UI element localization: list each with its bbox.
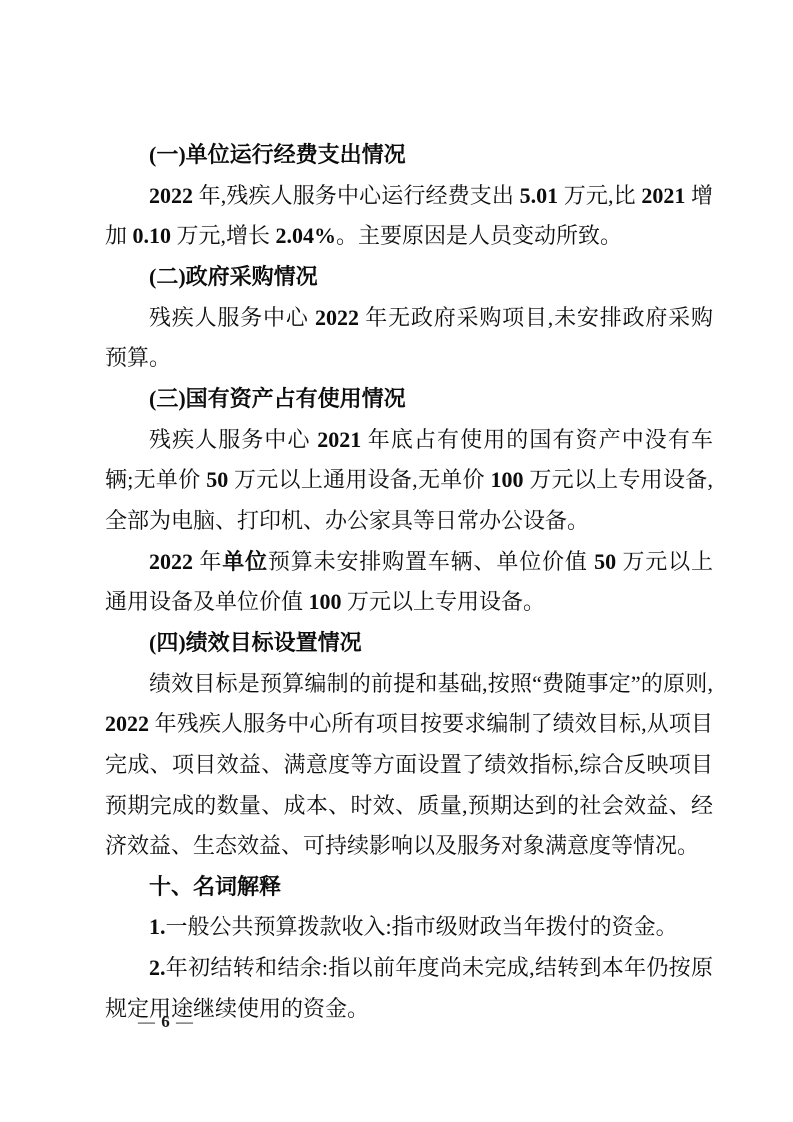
body-paragraph: 1.一般公共预算拨款收入:指市级财政当年拨付的资金。 [105, 907, 713, 948]
numeric-value: 2022 [105, 711, 149, 736]
numeric-value: 0.10 [133, 223, 172, 248]
body-paragraph: 2022 年,残疾人服务中心运行经费支出 5.01 万元,比 2021 增加 0… [105, 176, 713, 257]
page-number: — 6 — [138, 1012, 194, 1031]
numeric-value: 1. [149, 914, 166, 939]
body-paragraph: 残疾人服务中心 2022 年无政府采购项目,未安排政府采购预算。 [105, 298, 713, 379]
numeric-value: 6 [161, 1012, 171, 1031]
section-heading: (二)政府采购情况 [105, 257, 713, 298]
section-heading: (三)国有资产占有使用情况 [105, 379, 713, 420]
page-footer: — 6 — [138, 1010, 194, 1034]
body-paragraph: 绩效目标是预算编制的前提和基础,按照“费随事定”的原则,2022 年残疾人服务中… [105, 664, 713, 867]
numeric-value: 2021 [641, 183, 685, 208]
body-paragraph: 2022 年单位预算未安排购置车辆、单位价值 50 万元以上通用设备及单位价值 … [105, 542, 713, 623]
section-heading: (四)绩效目标设置情况 [105, 623, 713, 664]
body-paragraph: 2.年初结转和结余:指以前年度尚未完成,结转到本年仍按原规定用途继续使用的资金。 [105, 948, 713, 1029]
numeric-value: 2022 [149, 183, 193, 208]
numeric-value: 100 [309, 589, 342, 614]
numeric-value: 2022 [149, 549, 193, 574]
numeric-value: 100 [491, 467, 524, 492]
numeric-value: 5.01 [520, 183, 559, 208]
section-heading: (一)单位运行经费支出情况 [105, 135, 713, 176]
numeric-value: 2.04% [276, 223, 337, 248]
body-paragraph: 残疾人服务中心 2021 年底占有使用的国有资产中没有车辆;无单价 50 万元以… [105, 420, 713, 542]
document-body: (一)单位运行经费支出情况2022 年,残疾人服务中心运行经费支出 5.01 万… [105, 135, 713, 1029]
document-page: (一)单位运行经费支出情况2022 年,残疾人服务中心运行经费支出 5.01 万… [0, 0, 793, 1122]
numeric-value: 2022 [315, 305, 359, 330]
section-heading: 十、名词解释 [105, 867, 713, 908]
numeric-value: 50 [206, 467, 228, 492]
numeric-value: 2. [149, 955, 166, 980]
numeric-value: 50 [594, 549, 616, 574]
numeric-value: 2021 [317, 427, 361, 452]
